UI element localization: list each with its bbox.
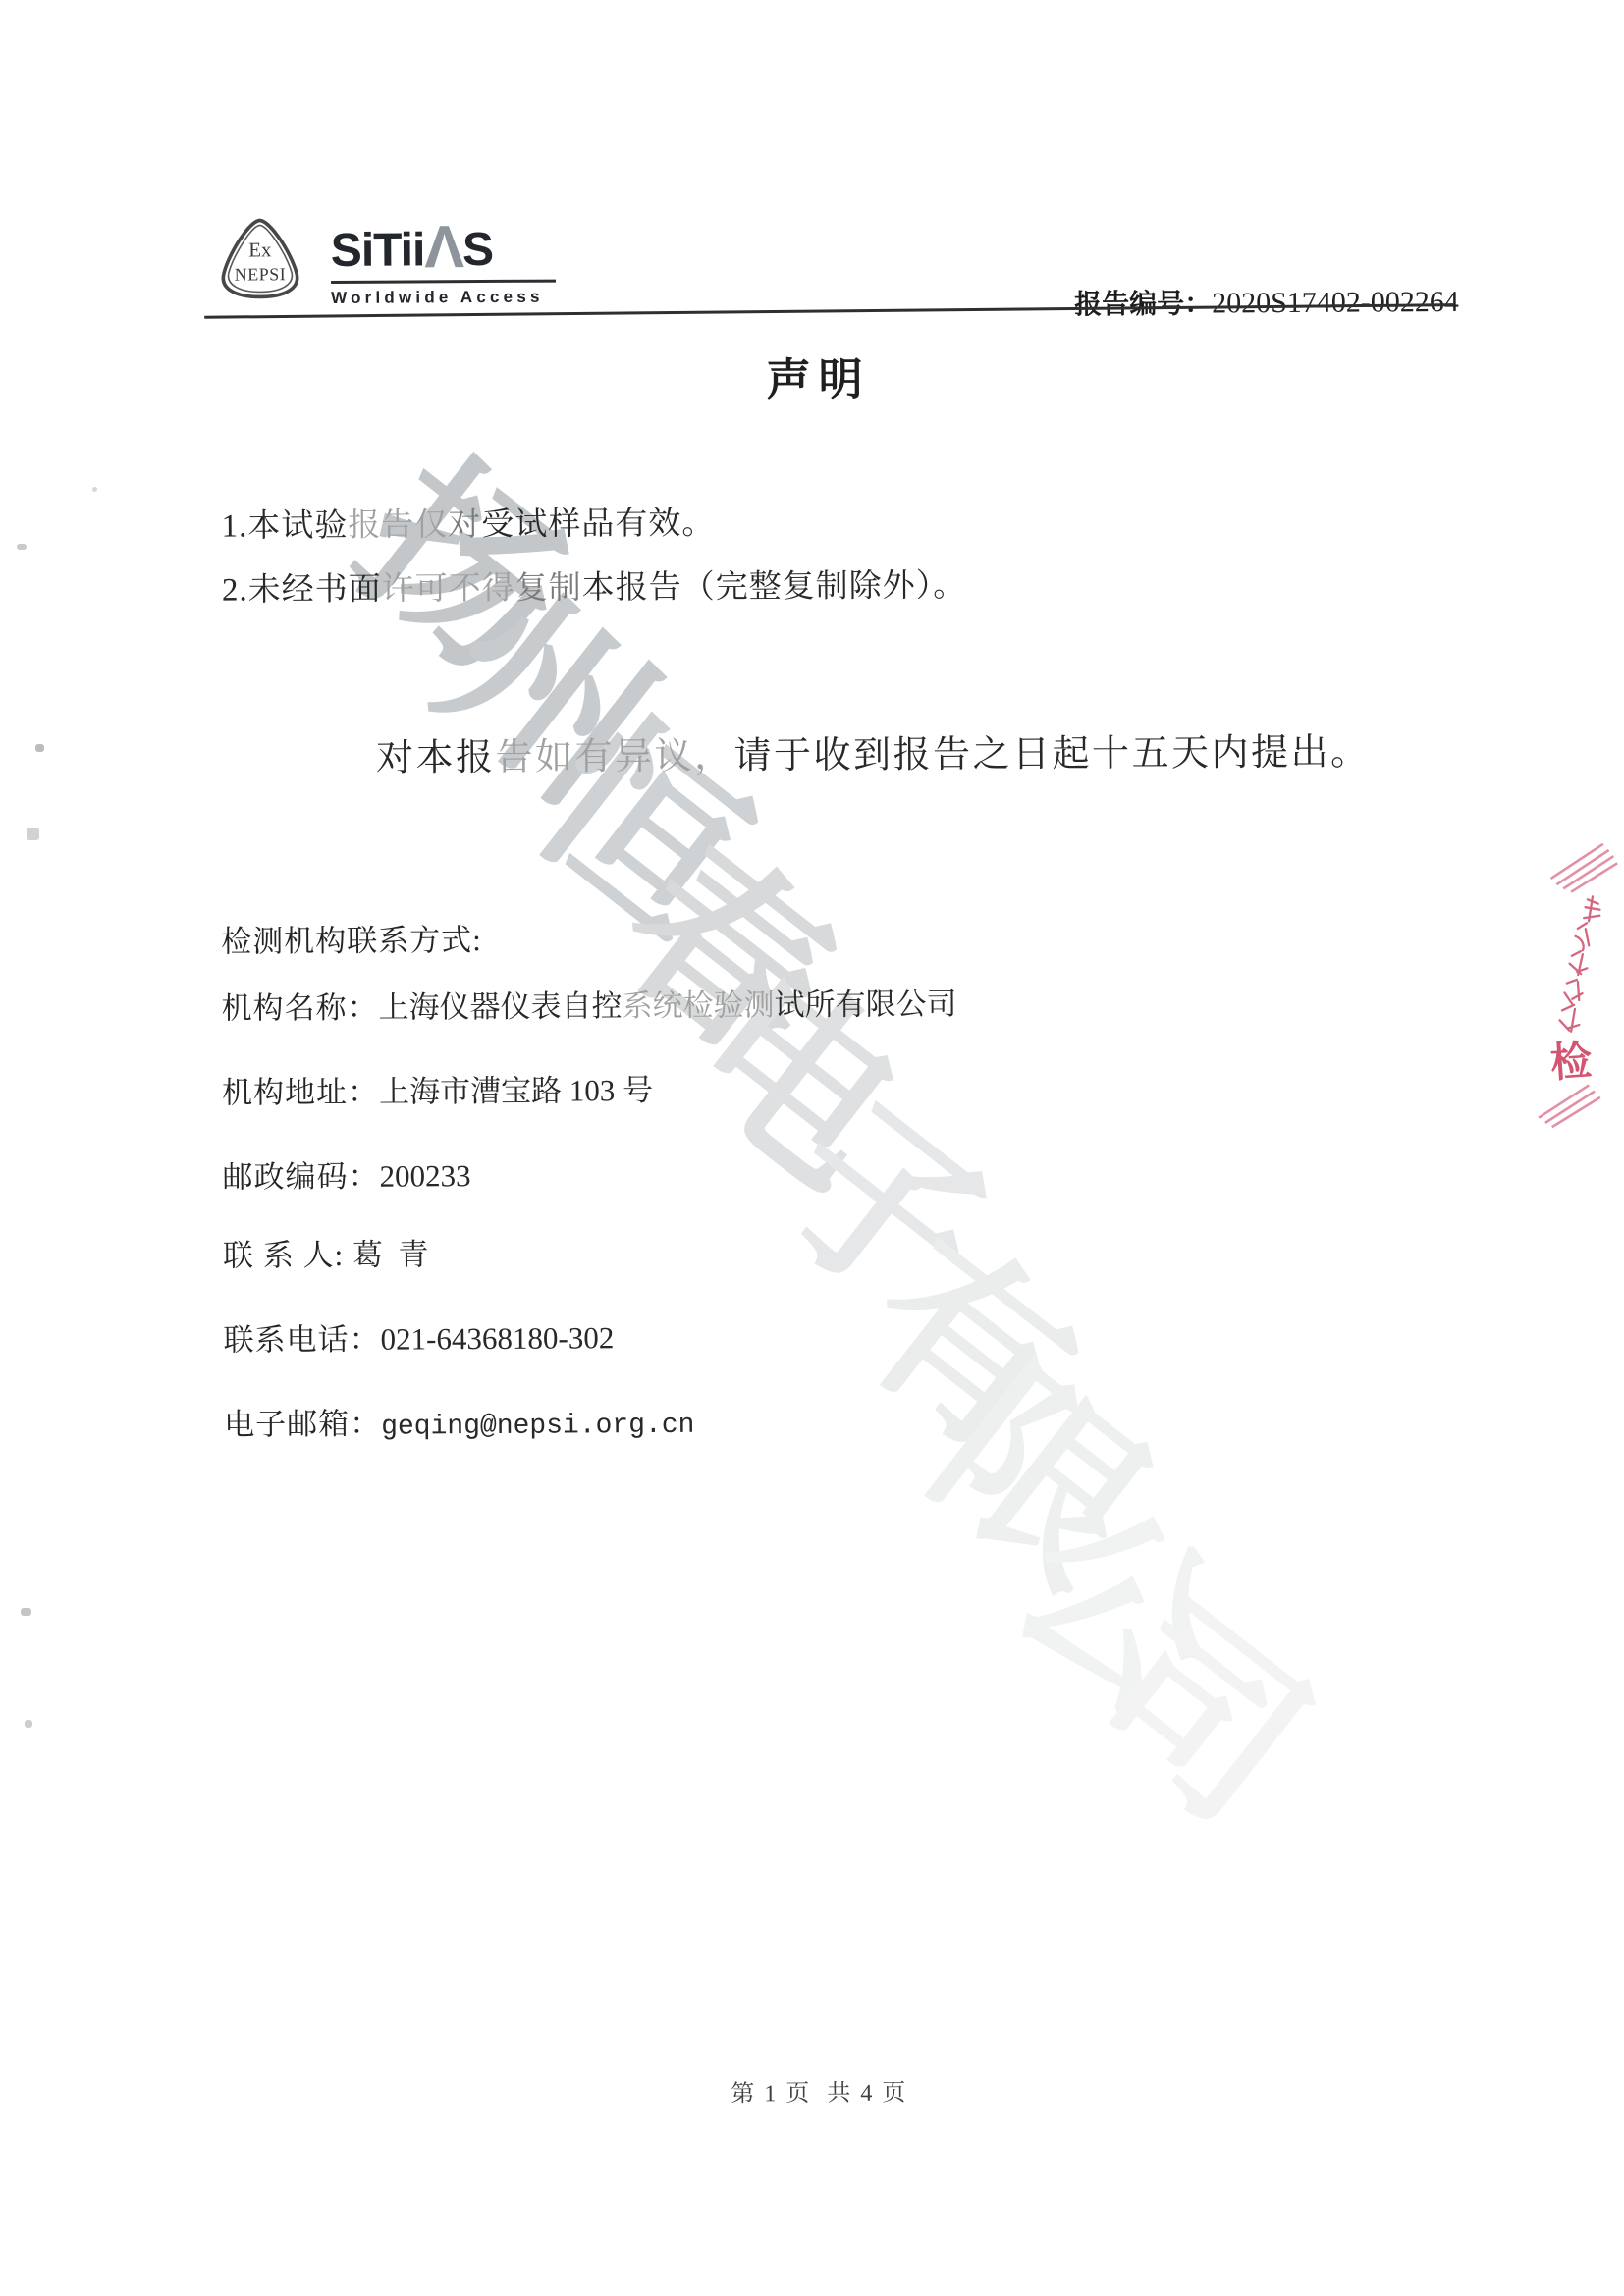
- contact-row-label: 机构名称：: [221, 990, 378, 1026]
- contact-row-label: 电子邮箱：: [224, 1407, 381, 1442]
- sitiias-logo-text-right: S: [462, 224, 493, 276]
- text-segment: 复制: [515, 570, 582, 606]
- red-inspection-stamp: 检: [1534, 827, 1624, 1133]
- text-segment: 受试样品有效。: [481, 507, 715, 543]
- contact-row: 联系电话：021-64368180-302: [223, 1312, 614, 1359]
- contact-row: 机构名称：上海仪器仪表自控系统检验测试所有限公司: [221, 979, 956, 1028]
- badge-ex-text: Ex: [248, 238, 272, 261]
- sitiias-logo-text-left: SiTii: [331, 224, 425, 277]
- text-segment: 系统检验测: [622, 988, 774, 1023]
- text-segment: 报告仅: [348, 507, 448, 544]
- report-number-value: 2020S17402-002264: [1212, 286, 1459, 320]
- logo-tagline: Worldwide Access: [331, 287, 576, 308]
- text-segment: geqing@nepsi.org.cn: [381, 1411, 694, 1443]
- stamp-script-strokes: [1559, 895, 1600, 1032]
- contact-row-value: 上海市漕宝路 103 号: [379, 1073, 653, 1109]
- declaration-item-1: 1.本试验报告仅对受试样品有效。: [221, 498, 715, 547]
- contact-row-value: geqing@nepsi.org.cn: [381, 1411, 694, 1443]
- text-segment: 1.本试验: [221, 508, 348, 545]
- scan-speck: [25, 1720, 32, 1728]
- contact-row-label: 机构地址：: [222, 1075, 379, 1110]
- text-segment: 许可不得: [382, 571, 515, 608]
- text-segment: 上海市漕宝路 103 号: [379, 1073, 653, 1109]
- contact-rows: 机构名称：上海仪器仪表自控系统检验测试所有限公司机构地址：上海市漕宝路 103 …: [0, 0, 1618, 5]
- sitiias-logo: SiTiiΛS Worldwide Access: [331, 216, 577, 308]
- contact-row-label: 邮政编码：: [222, 1159, 379, 1195]
- text-segment: 021-64368180-302: [381, 1320, 615, 1356]
- nepsi-ex-badge-logo: Ex NEPSI: [212, 215, 309, 304]
- contact-row: 邮政编码：200233: [222, 1150, 470, 1197]
- report-number-label: 报告编号：: [1074, 289, 1212, 320]
- scan-speck: [92, 487, 97, 492]
- stamp-hatch-top: [1550, 842, 1618, 893]
- stamp-hatch-bottom: [1539, 1084, 1600, 1129]
- contact-row: 机构地址：上海市漕宝路 103 号: [222, 1065, 653, 1112]
- scan-speck: [35, 744, 44, 752]
- page-title: 声明: [0, 339, 1621, 412]
- report-number-line: 报告编号：2020S17402-002264: [1033, 249, 1459, 354]
- contact-row: 电子邮箱：geqing@nepsi.org.cn: [224, 1397, 695, 1444]
- declaration-item-2: 2.未经书面许可不得复制本报告（完整复制除外）。: [222, 560, 967, 611]
- text-segment: 请于收到报告之日起十五天内提出。: [733, 732, 1370, 777]
- sitiias-logo-lambda: Λ: [424, 213, 462, 280]
- contact-row-value: 021-64368180-302: [381, 1320, 615, 1356]
- contact-row: 联 系 人: 葛 青: [223, 1229, 429, 1274]
- contact-row-label: 联系电话：: [224, 1322, 381, 1358]
- stamp-legible-char: 检: [1548, 1037, 1593, 1086]
- badge-nepsi-text: NEPSI: [235, 264, 287, 284]
- text-segment: 对: [448, 507, 481, 543]
- text-segment: 200233: [379, 1158, 470, 1194]
- contact-section-heading: 检测机构联系方式:: [221, 915, 482, 961]
- contact-row-value: 200233: [379, 1158, 470, 1194]
- text-segment: 上海仪器仪表自控: [378, 988, 622, 1025]
- scan-speck: [27, 828, 39, 840]
- text-segment: 告如有异议，: [495, 735, 733, 777]
- scan-speck: [17, 544, 27, 550]
- scanned-report-declaration-page: 扬州恒春电子有限公司 Ex NEPSI SiTiiΛS Worldwide Ac…: [0, 0, 1624, 2296]
- contact-row-value: 葛 青: [352, 1237, 429, 1271]
- text-segment: 本报告（完整复制除外）。: [582, 568, 967, 606]
- text-segment: 葛 青: [352, 1237, 429, 1271]
- objection-notice: 对本报告如有异议，请于收到报告之日起十五天内提出。: [376, 721, 1371, 781]
- contact-row-label: 联 系 人:: [223, 1238, 352, 1273]
- contact-row-value: 上海仪器仪表自控系统检验测试所有限公司: [378, 987, 956, 1025]
- page-number-footer: 第 1 页 共 4 页: [7, 2068, 1624, 2112]
- text-segment: 试所有限公司: [774, 987, 956, 1022]
- scan-speck: [21, 1608, 31, 1616]
- text-segment: 2.未经书面: [222, 572, 382, 609]
- text-segment: 对本报: [376, 737, 496, 779]
